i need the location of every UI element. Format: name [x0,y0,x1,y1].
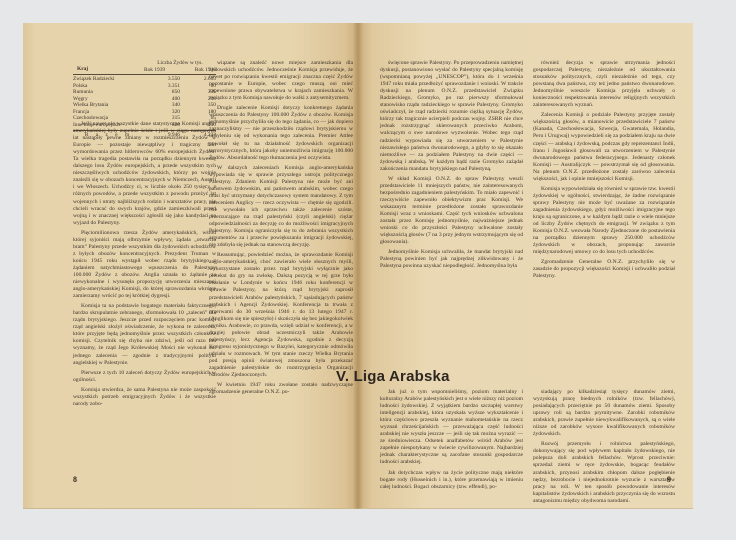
open-book: Kraj Liczba Żydów w tys. Rok 1939 Rok 19… [23,23,693,509]
left-page: Kraj Liczba Żydów w tys. Rok 1939 Rok 19… [23,23,358,509]
paragraph: siadający po kilkadziesiąt tysięcy dunam… [533,389,675,438]
right-page-column-1-top: święcone sprawie Palestyny. Po przeprowa… [380,60,523,273]
book-gutter [353,23,363,509]
col-years: Rok 1939 Rok 1946 [144,67,216,74]
right-page-column-2-top: również decyzja w sprawie utrzymania jed… [533,60,675,283]
paragraph: Pięciomilionowa rzesza Żydów amerykański… [73,230,216,300]
paragraph: Zalecenia Komisji o podziale Palestyny p… [533,112,675,182]
left-page-column-2: wiązane są znaleźć nowe miejsce zamieszk… [209,60,353,399]
page-number-right: 9 [667,475,671,484]
paragraph: wiązane są znaleźć nowe miejsce zamieszk… [209,60,353,102]
paragraph: Jak dotychczas wpływ na życie polityczne… [380,470,523,491]
page-number-left: 8 [73,475,77,484]
paragraph: Pierwsze z tych 10 zaleceń dotyczy Żydów… [73,370,216,384]
left-page-column-1: Jeśli nawet nie wszystkie dane statystyc… [73,121,216,411]
paragraph: Zgromadzenie Generalne O.N.Z. przychylił… [533,259,675,280]
paragraph: W kwietniu 1947 roku zwołane zostało nad… [209,382,353,396]
paragraph: Reasumując, powiedzieć można, że sprawoz… [209,252,353,379]
paragraph: również decyzja w sprawie utrzymania jed… [533,60,675,109]
paragraph: Drugie zalecenie Komisji dotyczy konkret… [209,105,353,161]
paragraph: Jeśli nawet nie wszystkie dane statystyc… [73,121,216,227]
paragraph: Jak już o tym wspomnieliśmy, poziom mate… [380,389,523,467]
paragraph: Rozwój przemysłu i rolnictwa palestyński… [533,441,675,504]
col-country-header: Kraj [73,60,144,73]
paragraph: Jednomyślnie Komisja uchwaliła, że manda… [380,249,523,270]
right-page-column-1-bottom: Jak już o tym wspomnieliśmy, poziom mate… [380,389,523,494]
paragraph: Komisja wypowiedziała się również w spra… [533,186,675,256]
col-1939-header: Rok 1939 [144,67,165,74]
section-heading: V. Liga Arabska [336,368,450,385]
right-page: święcone sprawie Palestyny. Po przeprowa… [358,23,693,509]
paragraph: W dalszych zaleceniach Komisja anglo-ame… [209,165,353,250]
paragraph: Komisja ta na podstawie bogatego materia… [73,303,216,366]
paragraph: W skład Komisji O.N.Z. do spraw Palestyn… [380,176,523,246]
paragraph: święcone sprawie Palestyny. Po przeprowa… [380,60,523,173]
right-page-column-2-bottom: siadający po kilkadziesiąt tysięcy dunam… [533,389,675,508]
table-header: Kraj Liczba Żydów w tys. Rok 1939 Rok 19… [73,60,216,75]
col-group-header: Liczba Żydów w tys. Rok 1939 Rok 1946 [144,60,216,73]
paragraph: Komisja stwierdza, że sama Palestyna nie… [73,387,216,408]
